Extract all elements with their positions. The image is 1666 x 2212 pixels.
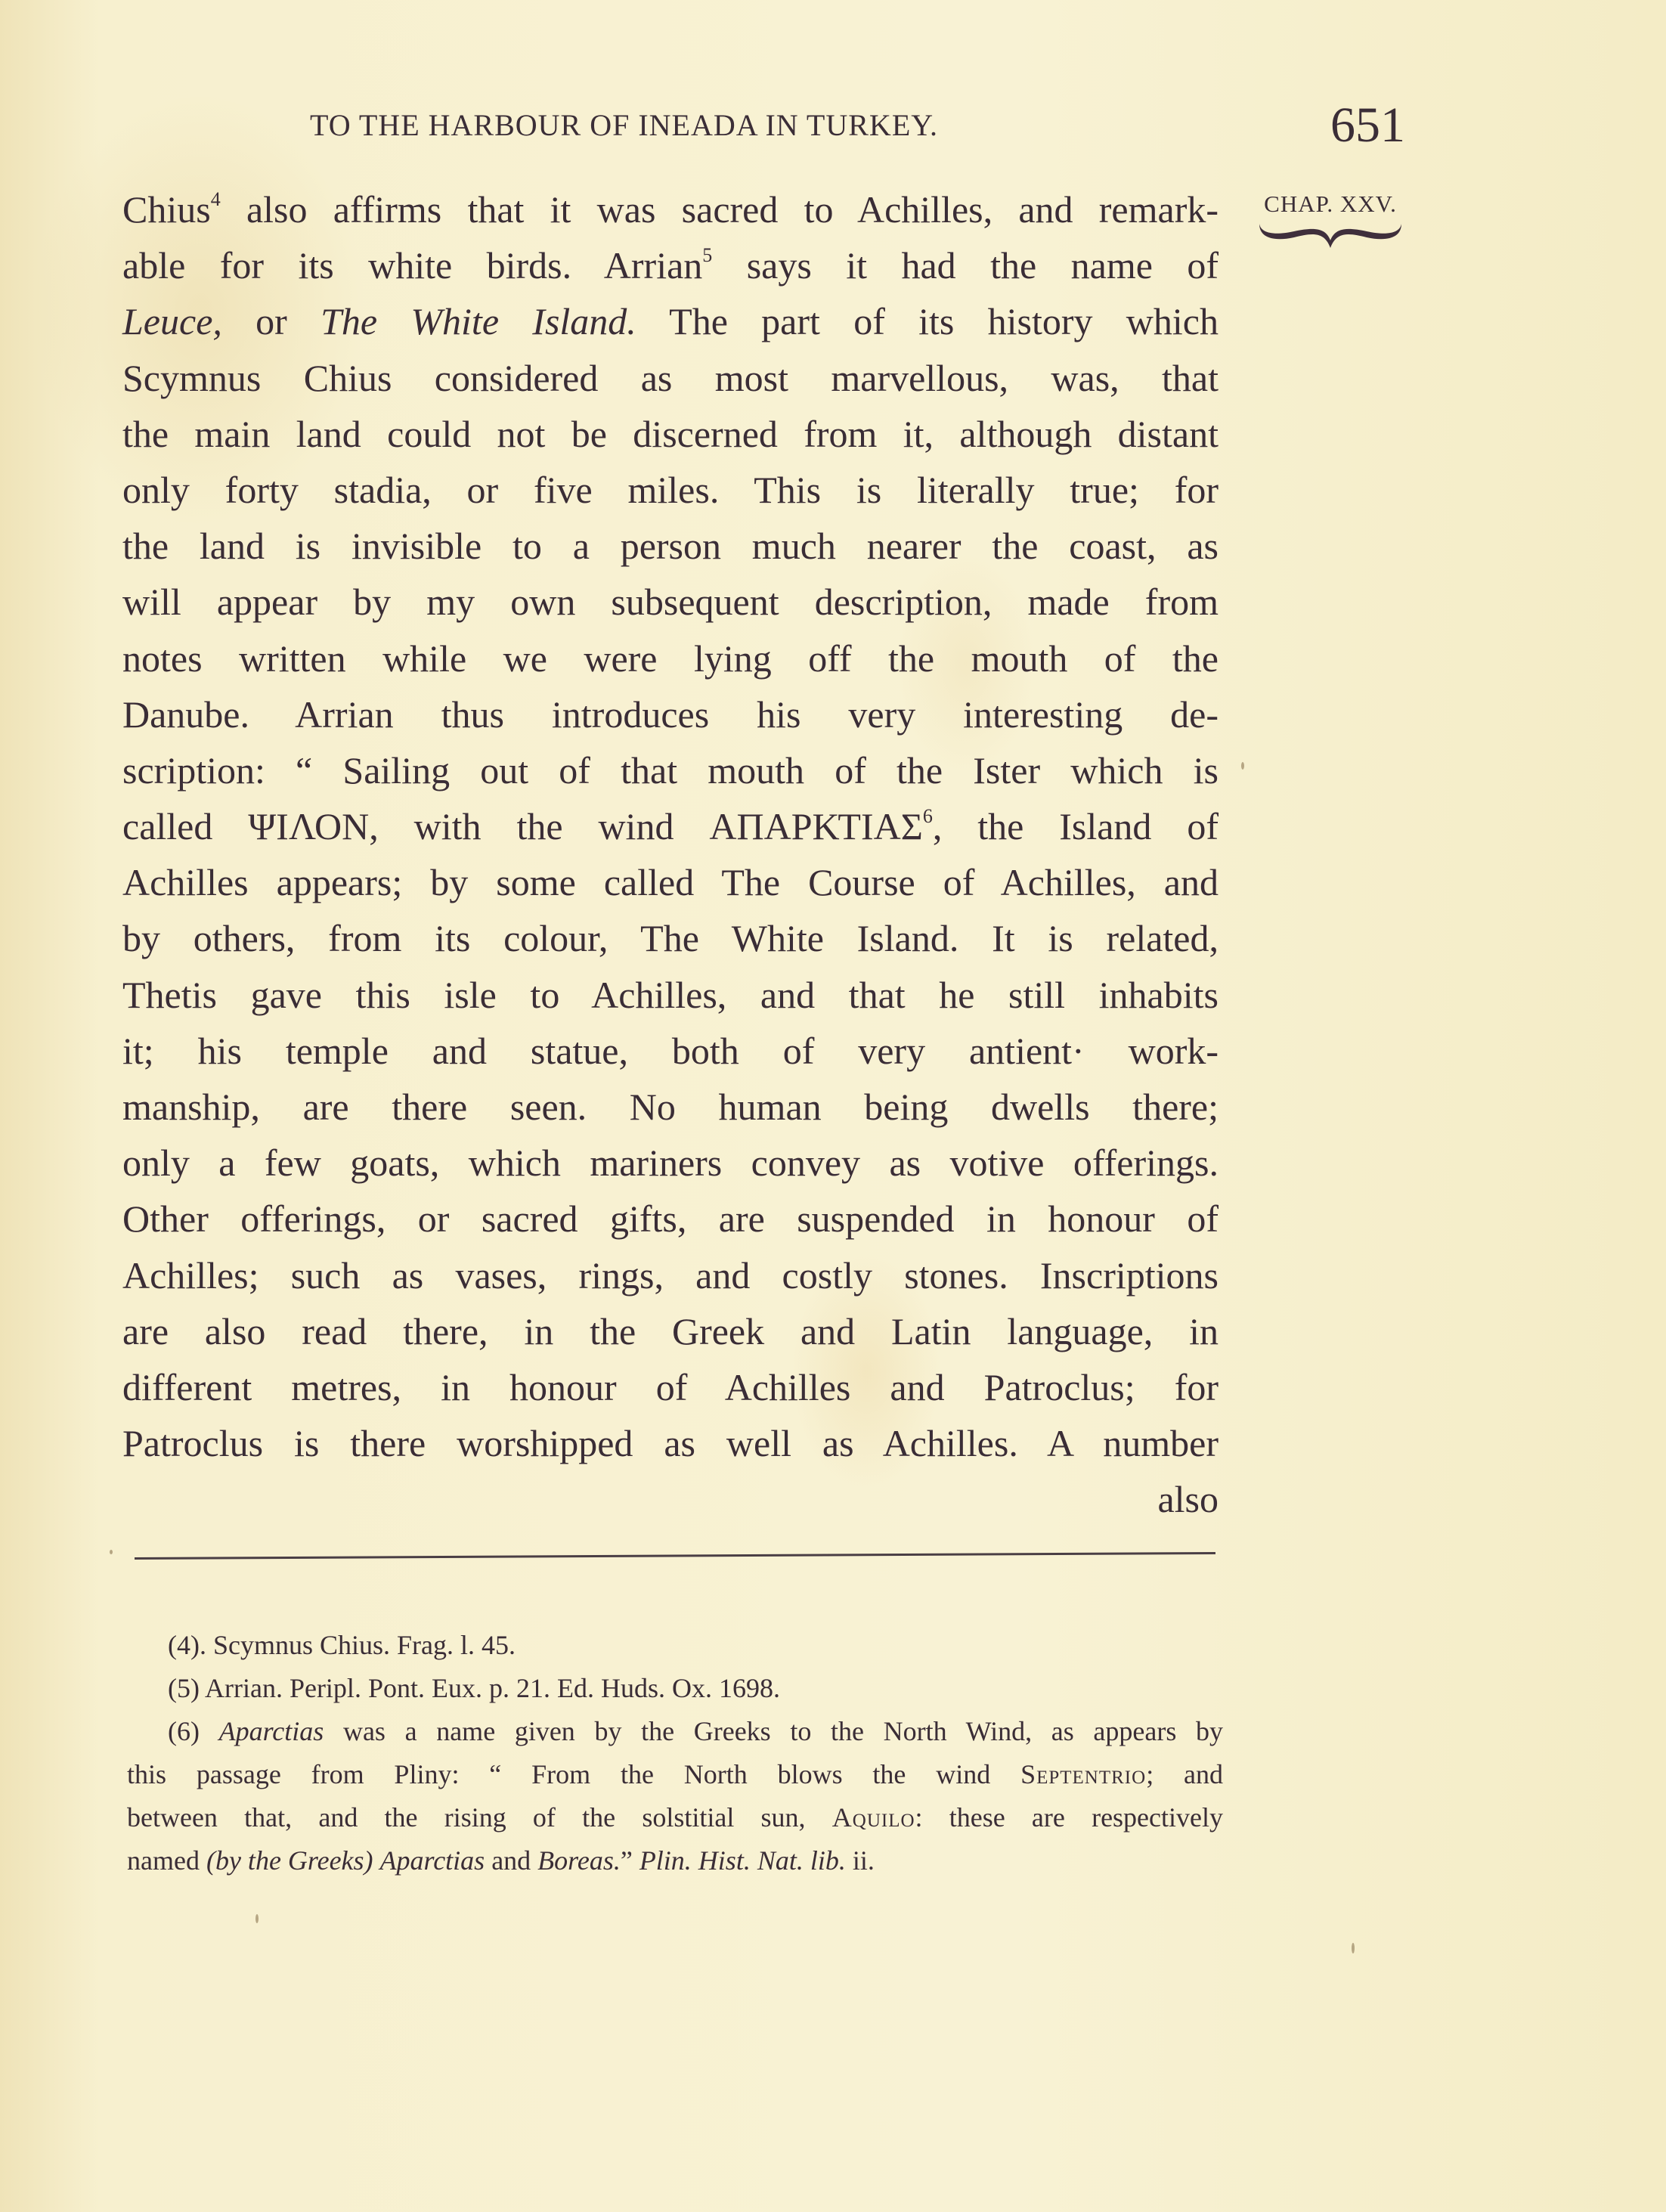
body-line: are also read there, in the Greek and La…	[122, 1303, 1219, 1359]
body-line: only a few goats, which mariners convey …	[122, 1135, 1219, 1191]
page-number: 651	[1330, 97, 1405, 154]
body-line: Achilles appears; by some called The Cou…	[122, 854, 1219, 910]
text-run: The part of its history which	[636, 300, 1219, 342]
body-line: the main land could not be discerned fro…	[122, 406, 1219, 462]
text-run: Achilles appears; by some called The Cou…	[122, 861, 1219, 903]
curly-brace-icon	[1256, 221, 1404, 254]
footnote-reference: 5	[702, 244, 712, 266]
paper-speck	[1352, 1943, 1355, 1953]
small-caps-text: Septentrio	[1020, 1759, 1146, 1789]
footnote-line: between that, and the rising of the sols…	[127, 1796, 1223, 1839]
text-run: between that, and the rising of the sols…	[127, 1802, 832, 1832]
text-run: : these are respectively	[915, 1802, 1223, 1832]
italic-text: Plin. Hist. Nat. lib.	[639, 1845, 846, 1876]
body-line: notes written while we were lying off th…	[122, 630, 1219, 686]
body-line: Chius4 also affirms that it was sacred t…	[122, 181, 1219, 237]
text-run: Danube. Arrian thus introduces his very …	[122, 693, 1219, 736]
catchword: also	[122, 1471, 1219, 1527]
text-run: also affirms that it was sacred to Achil…	[221, 188, 1219, 231]
italic-text: Boreas.	[537, 1845, 621, 1876]
text-run: it; his temple and statue, both of very …	[122, 1030, 1219, 1072]
italic-text: Leuce,	[122, 300, 222, 342]
text-run: says it had the name of	[712, 244, 1219, 287]
body-line: able for its white birds. Arrian5 says i…	[122, 237, 1219, 293]
footnote-reference: 4	[211, 188, 221, 210]
footnote-reference: 6	[923, 805, 933, 827]
body-line: it; his temple and statue, both of very …	[122, 1023, 1219, 1079]
body-text: Chius4 also affirms that it was sacred t…	[122, 181, 1219, 1528]
chapter-margin-note: CHAP. XXV.	[1251, 191, 1410, 254]
text-run: (5) Arrian. Peripl. Pont. Eux. p. 21. Ed…	[168, 1673, 780, 1703]
body-line: only forty stadia, or five miles. This i…	[122, 462, 1219, 518]
footnote-line: named (by the Greeks) Aparctias and Bore…	[127, 1839, 1223, 1882]
body-line: Achilles; such as vases, rings, and cost…	[122, 1247, 1219, 1303]
text-run: scription: “ Sailing out of that mouth o…	[122, 749, 1219, 792]
paper-speck	[110, 1550, 113, 1554]
text-run: , the Island of	[933, 805, 1219, 847]
text-run: Achilles; such as vases, rings, and cost…	[122, 1254, 1219, 1297]
text-run: (4). Scymnus Chius. Frag. l. 45.	[168, 1630, 516, 1660]
text-run: ; and	[1146, 1759, 1223, 1789]
body-line: Patroclus is there worshipped as well as…	[122, 1415, 1219, 1471]
text-run: notes written while we were lying off th…	[122, 637, 1219, 680]
text-run: was a name given by the Greeks to the No…	[324, 1716, 1223, 1746]
text-run: are also read there, in the Greek and La…	[122, 1310, 1219, 1352]
text-run: Other offerings, or sacred gifts, are su…	[122, 1197, 1219, 1240]
text-run: this passage from Pliny: “ From the Nort…	[127, 1759, 1020, 1789]
text-run: ii.	[846, 1845, 875, 1876]
body-line: by others, from its colour, The White Is…	[122, 910, 1219, 966]
body-line: Danube. Arrian thus introduces his very …	[122, 686, 1219, 742]
paper-speck	[1241, 762, 1244, 770]
text-run: by others, from its colour, The White Is…	[122, 917, 1219, 959]
text-run: able for its white birds. Arrian	[122, 244, 702, 287]
body-line: will appear by my own subsequent descrip…	[122, 574, 1219, 630]
text-run	[373, 1845, 380, 1876]
text-run: different metres, in honour of Achilles …	[122, 1366, 1219, 1408]
chapter-label: CHAP. XXV.	[1251, 191, 1410, 218]
footnote-line: (6) Aparctias was a name given by the Gr…	[127, 1710, 1223, 1753]
paper-speck	[255, 1914, 259, 1923]
small-caps-text: Aquilo	[832, 1802, 915, 1832]
text-run: ”	[621, 1845, 639, 1876]
text-run: called ΨΙΛΟΝ, with the wind ΑΠΑΡΚΤΙΑΣ	[122, 805, 923, 847]
footnote-line: (5) Arrian. Peripl. Pont. Eux. p. 21. Ed…	[127, 1667, 1223, 1710]
text-run: (6)	[168, 1716, 219, 1746]
italic-text: The White Island.	[321, 300, 636, 342]
text-run: only a few goats, which mariners convey …	[122, 1142, 1219, 1184]
footnote-line: (4). Scymnus Chius. Frag. l. 45.	[127, 1624, 1223, 1667]
italic-text: (by the Greeks)	[206, 1845, 373, 1876]
body-line: manship, are there seen. No human being …	[122, 1079, 1219, 1135]
italic-text: Aparctias	[219, 1716, 324, 1746]
body-line: Other offerings, or sacred gifts, are su…	[122, 1191, 1219, 1247]
text-run: the land is invisible to a person much n…	[122, 525, 1219, 567]
text-run: Scymnus Chius considered as most marvell…	[122, 357, 1219, 399]
running-header-title: TO THE HARBOUR OF INEADA IN TURKEY.	[310, 107, 938, 143]
text-run: will appear by my own subsequent descrip…	[122, 581, 1219, 623]
text-run: or	[222, 300, 321, 342]
body-line: different metres, in honour of Achilles …	[122, 1359, 1219, 1415]
body-line: called ΨΙΛΟΝ, with the wind ΑΠΑΡΚΤΙΑΣ6, …	[122, 798, 1219, 854]
body-line: the land is invisible to a person much n…	[122, 518, 1219, 574]
text-run: manship, are there seen. No human being …	[122, 1086, 1219, 1128]
body-line: scription: “ Sailing out of that mouth o…	[122, 742, 1219, 798]
text-run: Patroclus is there worshipped as well as…	[122, 1422, 1219, 1464]
text-run: Thetis gave this isle to Achilles, and t…	[122, 974, 1219, 1016]
text-run: Chius	[122, 188, 211, 231]
italic-text: Aparctias	[380, 1845, 485, 1876]
text-run: the main land could not be discerned fro…	[122, 413, 1219, 455]
body-line: Thetis gave this isle to Achilles, and t…	[122, 967, 1219, 1023]
text-run: named	[127, 1845, 206, 1876]
body-line: Scymnus Chius considered as most marvell…	[122, 350, 1219, 406]
footnote-divider	[135, 1552, 1215, 1560]
footnotes: (4). Scymnus Chius. Frag. l. 45.(5) Arri…	[127, 1624, 1223, 1882]
text-run: and	[485, 1845, 537, 1876]
footnote-line: this passage from Pliny: “ From the Nort…	[127, 1753, 1223, 1796]
text-run: only forty stadia, or five miles. This i…	[122, 469, 1219, 511]
body-line: Leuce, or The White Island. The part of …	[122, 293, 1219, 349]
